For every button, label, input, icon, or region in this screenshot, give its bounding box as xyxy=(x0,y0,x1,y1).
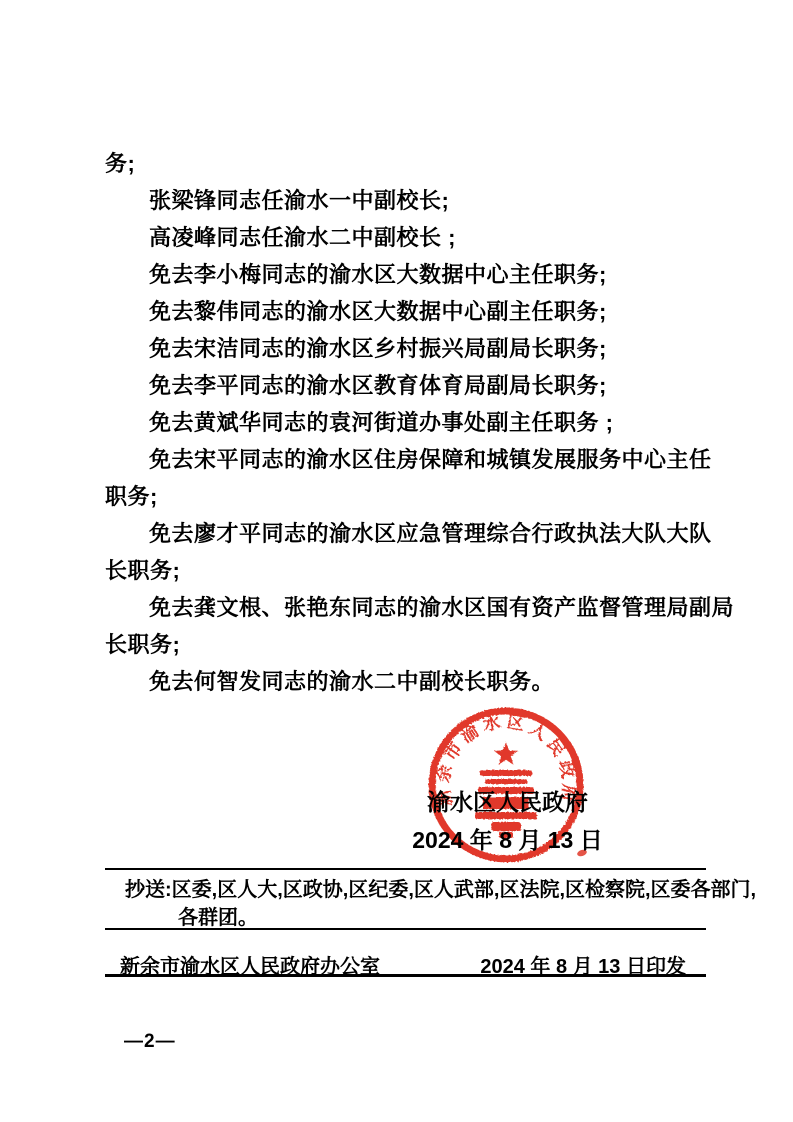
body-line: 免去李小梅同志的渝水区大数据中心主任职务; xyxy=(105,256,705,293)
signature-issuer: 渝水区人民政府 xyxy=(385,784,630,817)
document-page: 务; 张梁锋同志任渝水一中副校长; 高凌峰同志任渝水二中副校长 ; 免去李小梅同… xyxy=(0,0,793,1122)
body-line: 长职务; xyxy=(105,626,705,663)
body-line: 免去廖才平同志的渝水区应急管理综合行政执法大队大队 xyxy=(105,515,705,552)
star-icon xyxy=(494,742,518,765)
body-line: 免去龚文根、张艳东同志的渝水区国有资产监督管理局副局 xyxy=(105,589,705,626)
body-line: 张梁锋同志任渝水一中副校长; xyxy=(105,182,705,219)
body-line: 免去李平同志的渝水区教育体育局副局长职务; xyxy=(105,367,705,404)
body-line: 高凌峰同志任渝水二中副校长 ; xyxy=(105,219,705,256)
body-line: 免去宋洁同志的渝水区乡村振兴局副局长职务; xyxy=(105,330,705,367)
footer-divider-middle xyxy=(105,928,706,930)
cc-list: 抄送:区委,区人大,区政协,区纪委,区人武部,区法院,区检察院,区委各部门,各群… xyxy=(125,876,763,932)
footer-divider-top xyxy=(105,868,706,870)
page-number: —2— xyxy=(124,1031,176,1053)
body-line: 免去宋平同志的渝水区住房保障和城镇发展服务中心主任 xyxy=(105,441,705,478)
body-line: 长职务; xyxy=(105,552,705,589)
footer-divider-bottom xyxy=(105,974,706,977)
signature-date: 2024 年 8 月 13 日 xyxy=(385,822,630,855)
body-line: 职务; xyxy=(105,478,705,515)
body-line: 免去黄斌华同志的袁河街道办事处副主任职务 ; xyxy=(105,404,705,441)
body-line: 免去何智发同志的渝水二中副校长职务。 xyxy=(105,663,705,700)
document-body: 务; 张梁锋同志任渝水一中副校长; 高凌峰同志任渝水二中副校长 ; 免去李小梅同… xyxy=(105,145,705,700)
body-line: 务; xyxy=(105,145,705,182)
body-line: 免去黎伟同志的渝水区大数据中心副主任职务; xyxy=(105,293,705,330)
